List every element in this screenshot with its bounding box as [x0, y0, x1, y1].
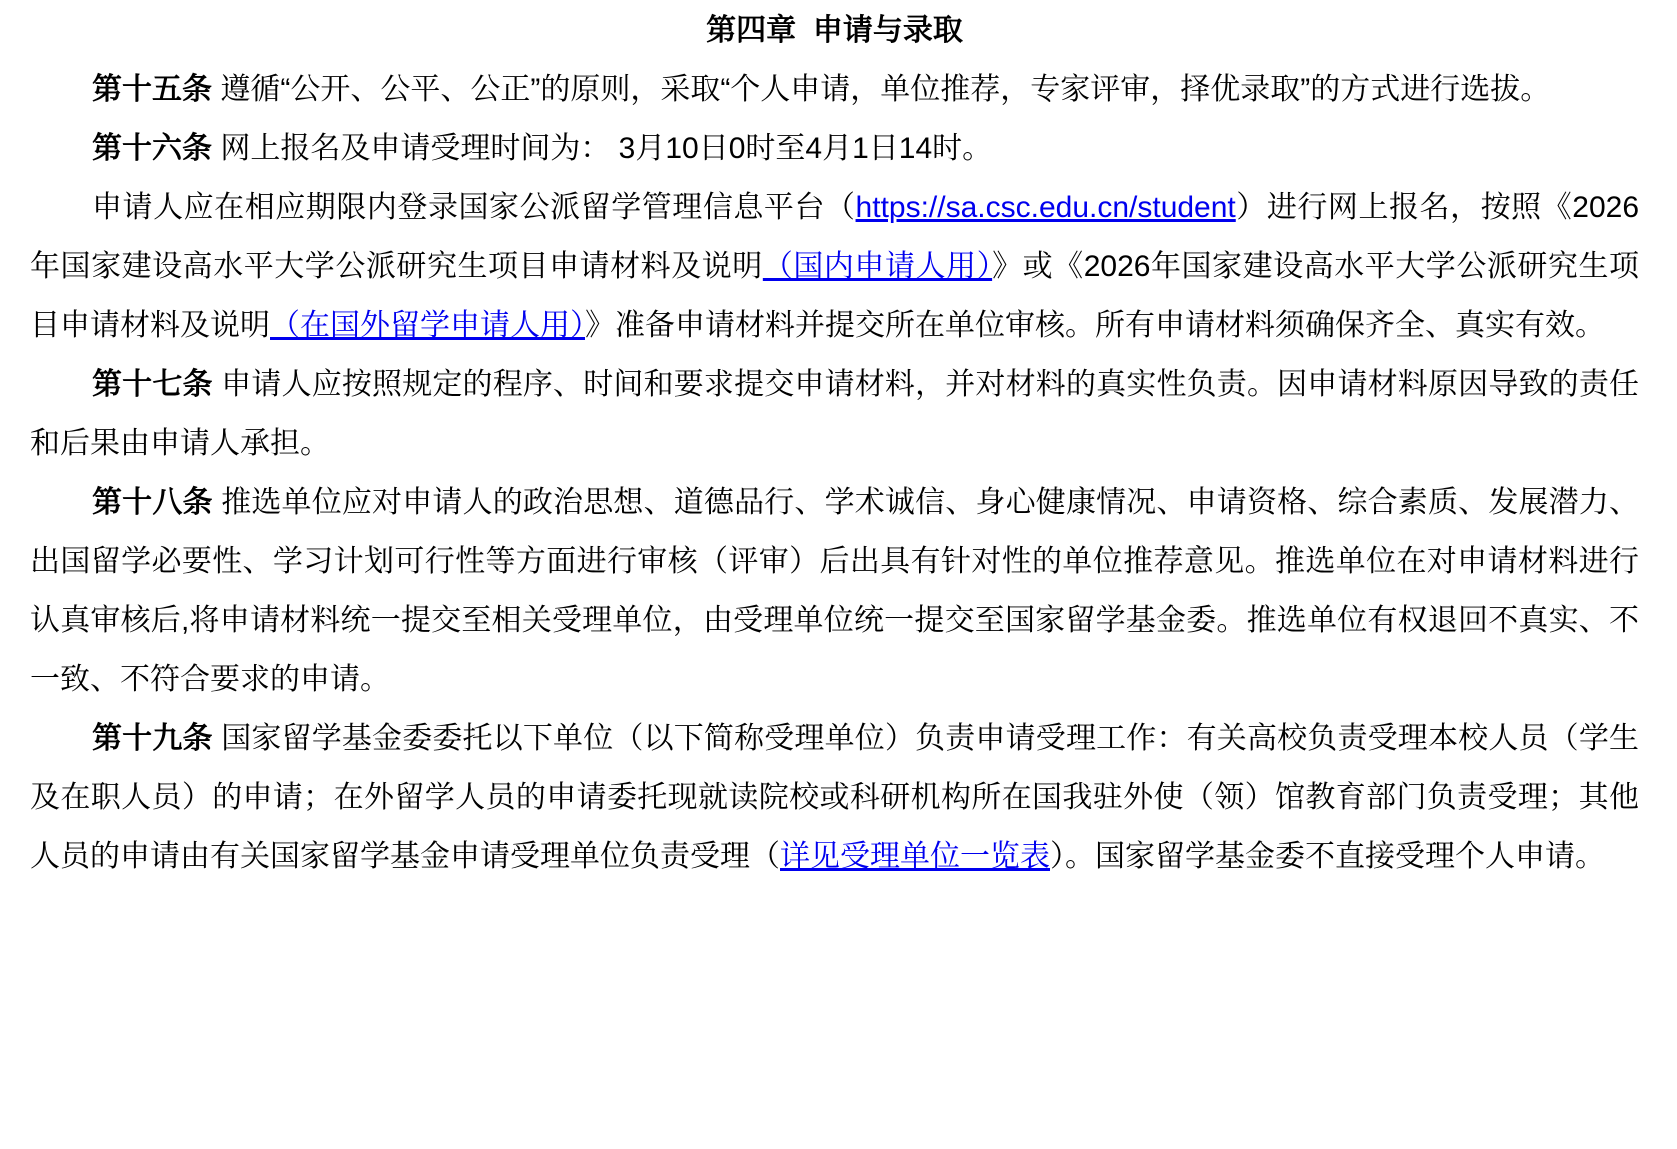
domestic-applicants-link[interactable]: （国内申请人用）: [763, 250, 992, 283]
article-17-label: 第十七条: [92, 368, 213, 401]
paragraph-article-16: 第十六条 网上报名及申请受理时间为： 3月10日0时至4月1日14时。: [30, 119, 1639, 178]
paragraph-application-procedure: 申请人应在相应期限内登录国家公派留学管理信息平台（https://sa.csc.…: [30, 178, 1639, 355]
article-17-text: 申请人应按照规定的程序、时间和要求提交申请材料，并对材料的真实性负责。因申请材料…: [30, 368, 1639, 460]
document-page: 第四章 申请与录取 第十五条 遵循“公开、公平、公正”的原则，采取“个人申请，单…: [0, 0, 1677, 886]
article-16-text: 网上报名及申请受理时间为： 3月10日0时至4月1日14时。: [212, 132, 992, 165]
article-19-label: 第十九条: [92, 722, 213, 755]
article-18-text: 推选单位应对申请人的政治思想、道德品行、学术诚信、身心健康情况、申请资格、综合素…: [30, 486, 1639, 696]
application-text-4: 》准备申请材料并提交所在单位审核。所有申请材料须确保齐全、真实有效。: [585, 309, 1605, 342]
article-16-label: 第十六条: [92, 132, 212, 165]
csc-platform-url-link[interactable]: https://sa.csc.edu.cn/student: [856, 191, 1236, 224]
paragraph-article-19: 第十九条 国家留学基金委委托以下单位（以下简称受理单位）负责申请受理工作：有关高…: [30, 709, 1639, 886]
acceptance-units-table-link[interactable]: 详见受理单位一览表: [780, 840, 1050, 873]
application-text-1: 申请人应在相应期限内登录国家公派留学管理信息平台（: [92, 191, 856, 224]
article-15-text: 遵循“公开、公平、公正”的原则，采取“个人申请，单位推荐，专家评审，择优录取”的…: [212, 73, 1550, 106]
paragraph-article-15: 第十五条 遵循“公开、公平、公正”的原则，采取“个人申请，单位推荐，专家评审，择…: [30, 60, 1639, 119]
paragraph-article-18: 第十八条 推选单位应对申请人的政治思想、道德品行、学术诚信、身心健康情况、申请资…: [30, 473, 1639, 709]
article-19-text-2: ）。国家留学基金委不直接受理个人申请。: [1050, 840, 1605, 873]
overseas-applicants-link[interactable]: （在国外留学申请人用）: [270, 309, 585, 342]
article-18-label: 第十八条: [92, 486, 213, 519]
paragraph-article-17: 第十七条 申请人应按照规定的程序、时间和要求提交申请材料，并对材料的真实性负责。…: [30, 355, 1639, 473]
article-15-label: 第十五条: [92, 73, 212, 106]
chapter-title: 第四章 申请与录取: [30, 6, 1639, 56]
